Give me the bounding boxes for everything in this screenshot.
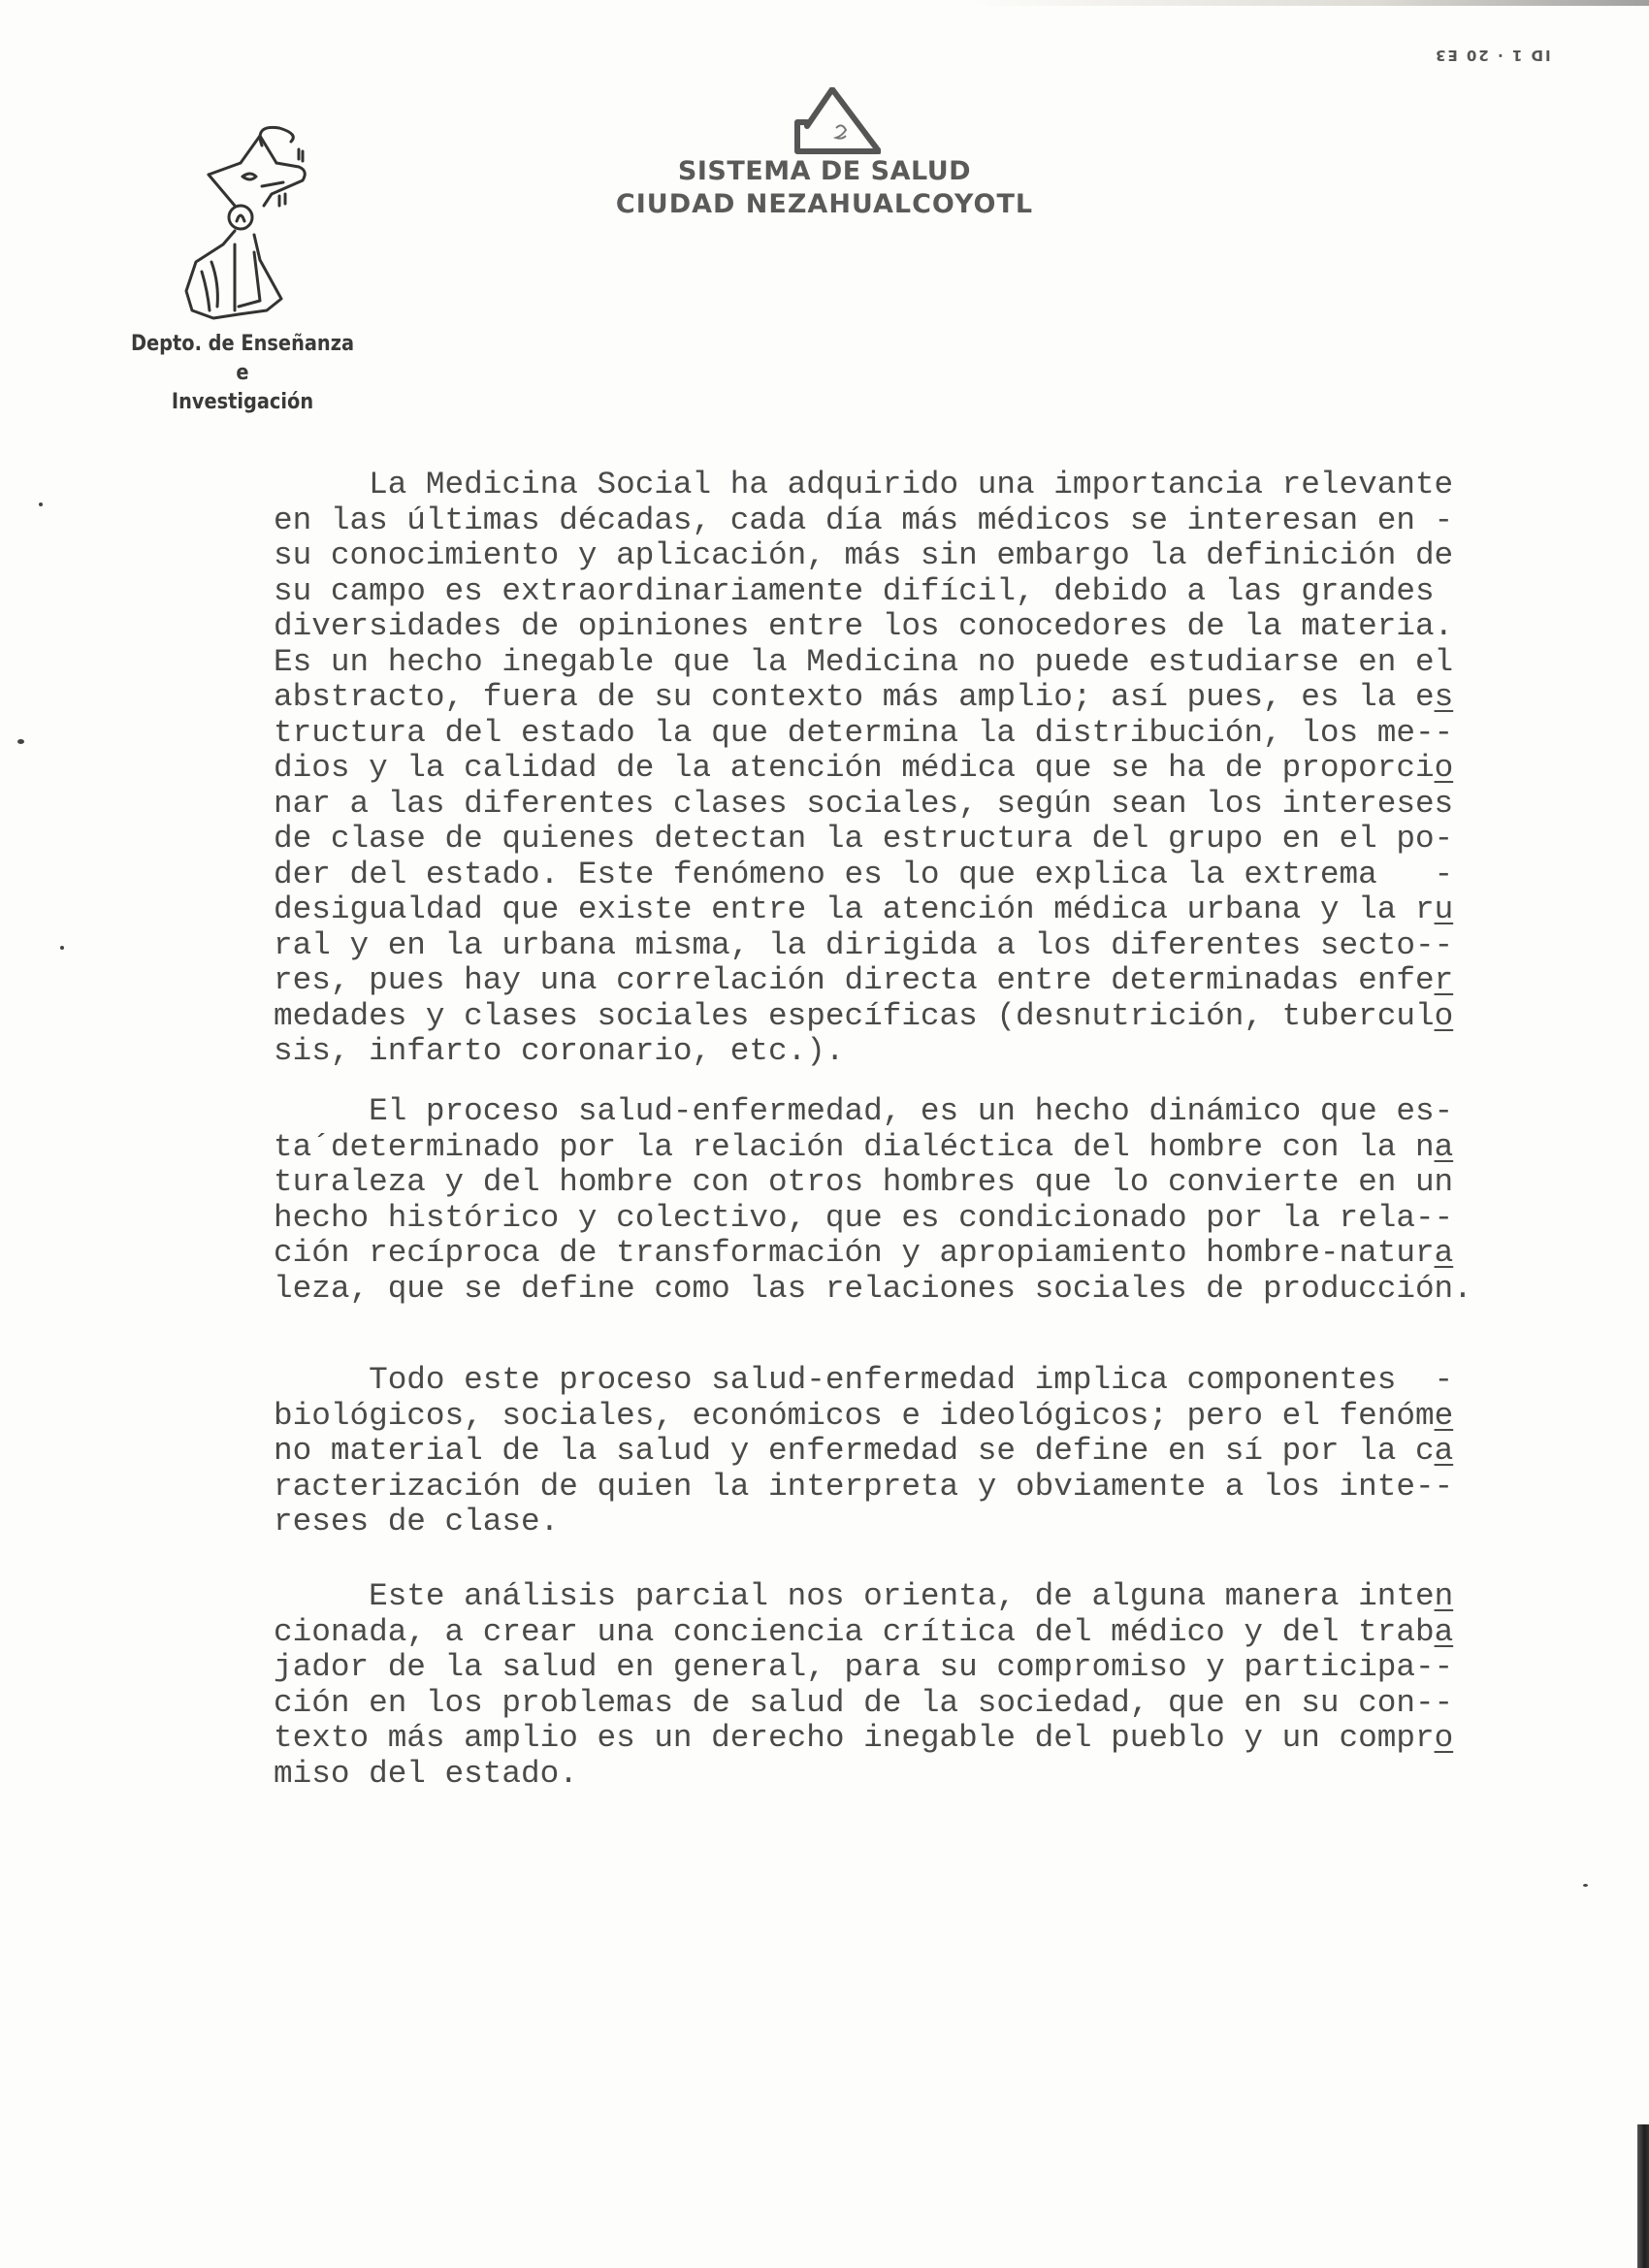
paper-speck (60, 946, 64, 950)
text-line: diversidades de opiniones entre los cono… (274, 609, 1515, 645)
text-line: ral y en la urbana misma, la dirigida a … (274, 928, 1515, 964)
text-line: no material de la salud y enfermedad se … (274, 1434, 1515, 1470)
text-line: La Medicina Social ha adquirido una impo… (274, 468, 1515, 503)
organization-city: CIUDAD NEZAHUALCOYOTL (543, 188, 1106, 221)
scanned-page: ID 1 · 20 E3 SISTEMA DE SALUD CIUDAD NEZ… (0, 0, 1649, 2268)
underlined-syllable: e (1435, 1398, 1454, 1434)
paper-speck (39, 502, 43, 506)
text-line: ción en los problemas de salud de la soc… (274, 1686, 1515, 1722)
text-line: miso del estado. (274, 1757, 1515, 1793)
text-line: ta´determinado por la relación dialéctic… (274, 1130, 1515, 1166)
text-line: El proceso salud-enfermedad, es un hecho… (274, 1094, 1515, 1130)
paragraph-proceso-salud-enfermedad: El proceso salud-enfermedad, es un hecho… (274, 1094, 1515, 1307)
text-line: en las últimas décadas, cada día más méd… (274, 503, 1515, 539)
underlined-syllable: a (1435, 1235, 1454, 1271)
text-line: desigualdad que existe entre la atención… (274, 892, 1515, 928)
text-line: res, pues hay una correlación directa en… (274, 963, 1515, 999)
department-label: Depto. de Enseñanza e Investigación (114, 330, 371, 417)
underlined-syllable: n (1435, 1578, 1454, 1614)
organization-name: SISTEMA DE SALUD (543, 155, 1106, 188)
text-line: nar a las diferentes clases sociales, se… (274, 787, 1515, 823)
text-line: turaleza y del hombre con otros hombres … (274, 1165, 1515, 1201)
text-line: racterización de quien la interpreta y o… (274, 1470, 1515, 1506)
paragraph-conciencia-critica: Este análisis parcial nos orienta, de al… (274, 1579, 1515, 1792)
text-line: ción recíproca de transformación y aprop… (274, 1236, 1515, 1272)
text-line: Es un hecho inegable que la Medicina no … (274, 645, 1515, 681)
coyote-head-icon (145, 116, 310, 330)
underlined-syllable: o (1435, 998, 1454, 1034)
underlined-syllable: o (1435, 1720, 1454, 1756)
text-line: Todo este proceso salud-enfermedad impli… (274, 1363, 1515, 1399)
text-line: reses de clase. (274, 1505, 1515, 1540)
text-line: dios y la calidad de la atención médica … (274, 751, 1515, 787)
text-line: der del estado. Este fenómeno es lo que … (274, 858, 1515, 893)
text-line: tructura del estado la que determina la … (274, 716, 1515, 752)
paper-speck (17, 739, 24, 744)
text-line: jador de la salud en general, para su co… (274, 1650, 1515, 1686)
underlined-syllable: a (1435, 1614, 1454, 1650)
department-line3: Investigación (114, 388, 371, 417)
text-line: sis, infarto coronario, etc.). (274, 1034, 1515, 1070)
department-line2: e (114, 359, 371, 388)
scan-edge-bar (1637, 2124, 1649, 2268)
underlined-syllable: a (1435, 1129, 1454, 1165)
underlined-syllable: r (1435, 962, 1454, 998)
text-line: texto más amplio es un derecho inegable … (274, 1721, 1515, 1757)
text-line: biológicos, sociales, económicos e ideol… (274, 1399, 1515, 1435)
scan-top-edge (970, 0, 1649, 6)
text-line: abstracto, fuera de su contexto más ampl… (274, 680, 1515, 716)
underlined-syllable: a (1435, 1433, 1454, 1469)
underlined-syllable: o (1435, 750, 1454, 786)
corner-stamp: ID 1 · 20 E3 (1434, 47, 1551, 64)
paper-speck (1583, 1884, 1588, 1887)
underlined-syllable: s (1435, 679, 1454, 715)
text-line: de clase de quienes detectan la estructu… (274, 822, 1515, 858)
text-line: Este análisis parcial nos orienta, de al… (274, 1579, 1515, 1615)
department-line1: Depto. de Enseñanza (114, 330, 371, 359)
triangle-mountain-icon (793, 87, 881, 155)
text-line: hecho histórico y colectivo, que es cond… (274, 1201, 1515, 1237)
organization-title: SISTEMA DE SALUD CIUDAD NEZAHUALCOYOTL (543, 155, 1106, 221)
underlined-syllable: u (1435, 891, 1454, 927)
text-line: su campo es extraordinariamente difícil,… (274, 574, 1515, 610)
text-line: cionada, a crear una conciencia crítica … (274, 1615, 1515, 1651)
text-line: leza, que se define como las relaciones … (274, 1272, 1515, 1308)
text-line: medades y clases sociales específicas (d… (274, 999, 1515, 1035)
paragraph-componentes: Todo este proceso salud-enfermedad impli… (274, 1363, 1515, 1540)
paragraph-medicina-social: La Medicina Social ha adquirido una impo… (274, 468, 1515, 1070)
text-line: su conocimiento y aplicación, más sin em… (274, 538, 1515, 574)
